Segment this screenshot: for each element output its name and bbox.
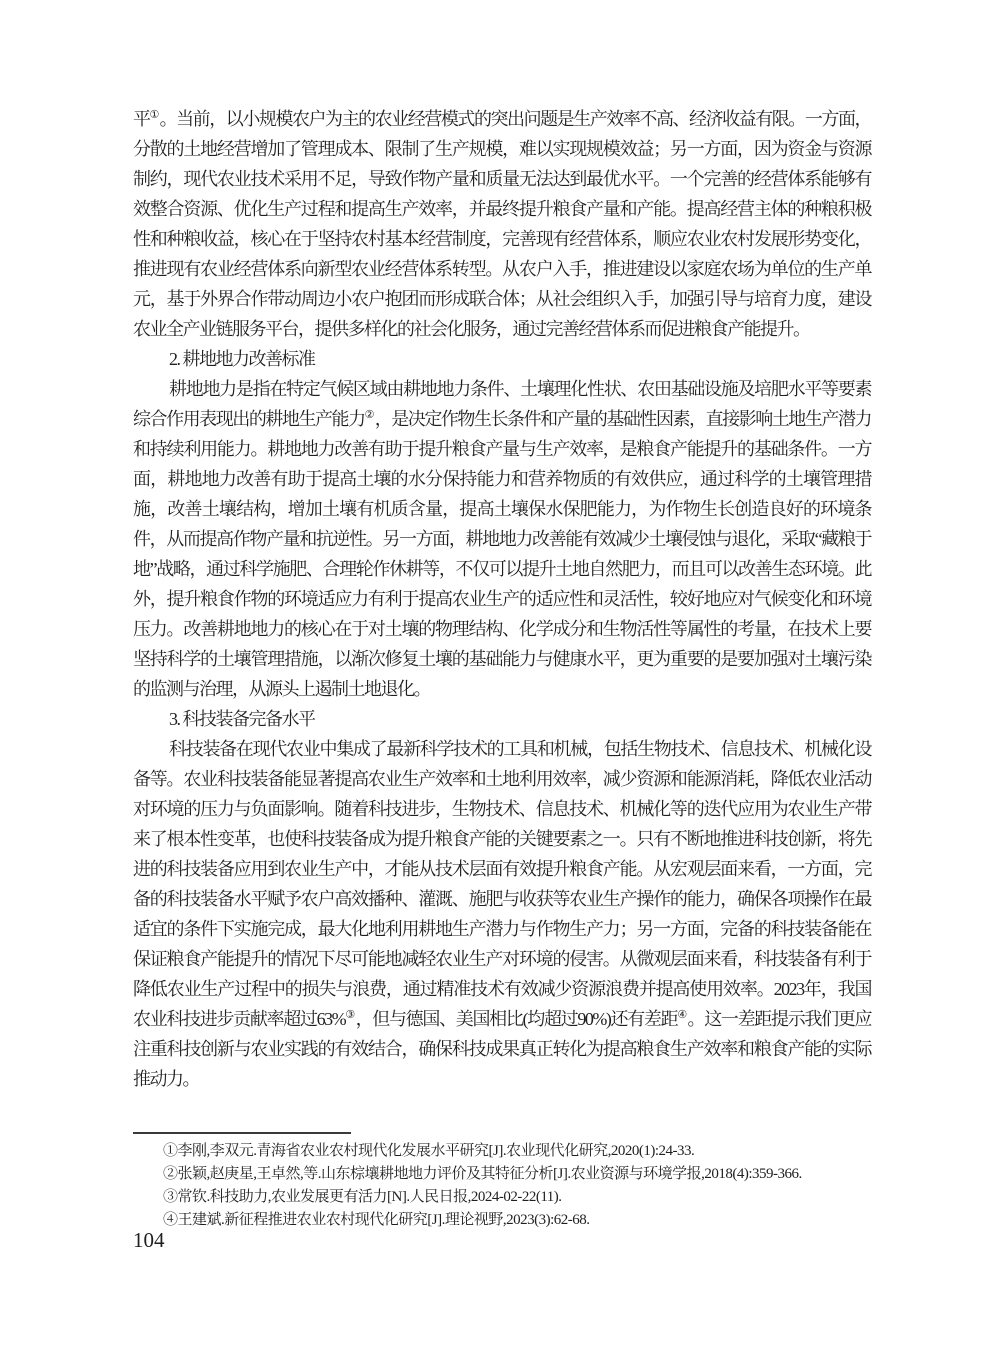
paragraph: 平①。当前，以小规模农户为主的农业经营模式的突出问题是生产效率不高、经济收益有限… [133, 104, 871, 344]
footnote-marker: ① [163, 1143, 178, 1159]
footnote-marker: ② [163, 1166, 178, 1182]
footnote-ref-marker: ④ [677, 1009, 687, 1021]
footnote-separator [133, 1132, 351, 1134]
footnote-ref-marker: ① [150, 109, 160, 121]
paragraph: 耕地地力是指在特定气候区域由耕地地力条件、土壤理化性状、农田基础设施及培肥水平等… [133, 374, 871, 704]
footnote-ref-marker: ③ [345, 1009, 355, 1021]
footnote-marker: ③ [163, 1189, 178, 1205]
footnote-item: ④王建斌.新征程推进农业农村现代化研究[J].理论视野,2023(3):62-6… [133, 1209, 871, 1232]
footnote-list: ①李刚,李双元.青海省农业农村现代化发展水平研究[J].农业现代化研究,2020… [133, 1140, 871, 1232]
page-number: 104 [133, 1228, 165, 1253]
footnote-item: ①李刚,李双元.青海省农业农村现代化发展水平研究[J].农业现代化研究,2020… [133, 1140, 871, 1163]
section-heading: 2. 耕地地力改善标准 [133, 344, 871, 374]
paragraph: 科技装备在现代农业中集成了最新科学技术的工具和机械，包括生物技术、信息技术、机械… [133, 734, 871, 1094]
footnote-item: ②张颖,赵庚星,王卓然,等.山东棕壤耕地地力评价及其特征分析[J].农业资源与环… [133, 1163, 871, 1186]
footnote-marker: ④ [163, 1212, 178, 1228]
body-text: 平①。当前，以小规模农户为主的农业经营模式的突出问题是生产效率不高、经济收益有限… [133, 104, 871, 1094]
document-page: 平①。当前，以小规模农户为主的农业经营模式的突出问题是生产效率不高、经济收益有限… [0, 0, 1000, 1347]
section-heading: 3. 科技装备完备水平 [133, 704, 871, 734]
footnote-item: ③常钦.科技助力,农业发展更有活力[N].人民日报,2024-02-22(11)… [133, 1186, 871, 1209]
footnote-ref-marker: ② [365, 409, 375, 421]
